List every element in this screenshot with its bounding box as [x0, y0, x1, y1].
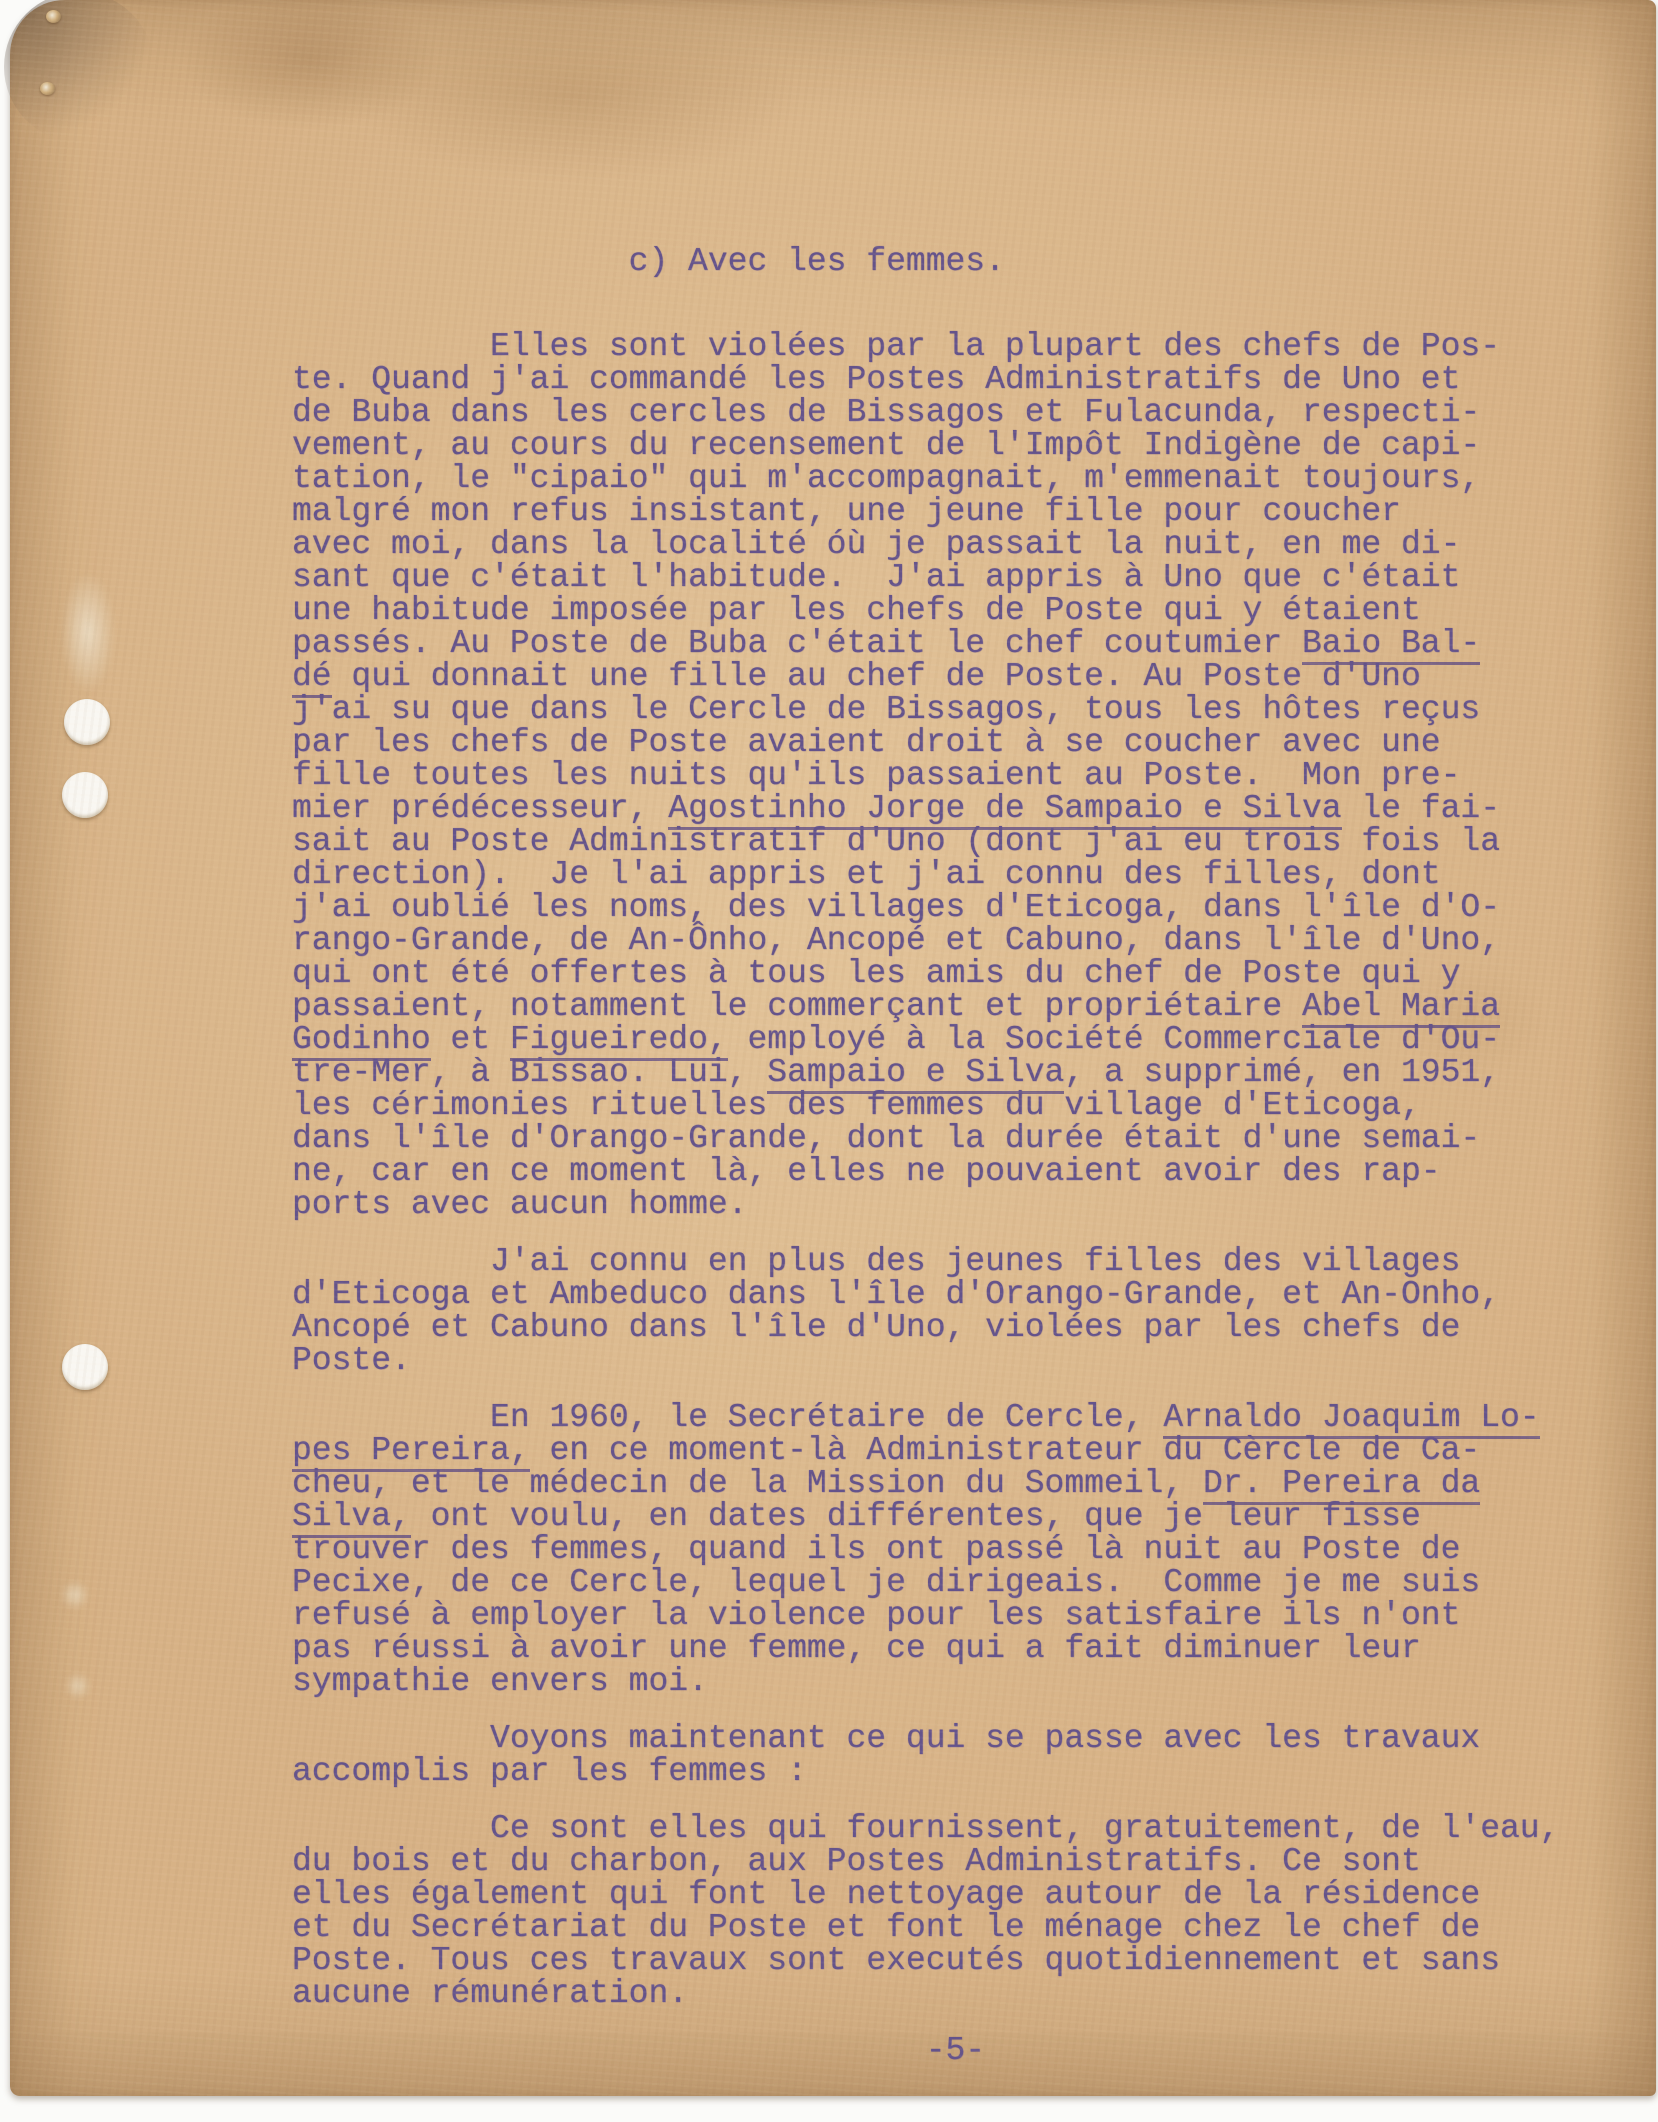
text-line: sait au Poste Administratif d'Uno (dont …: [292, 825, 1656, 858]
text-segment: tre-Mer, à Bissao. Lui,: [292, 1054, 767, 1091]
document-body: Elles sont violées par la plupart des ch…: [292, 330, 1656, 2010]
text-segment: Elles sont violées par la plupart des ch…: [292, 328, 1500, 365]
text-segment: une habitude imposée par les chefs de Po…: [292, 592, 1421, 629]
text-segment: Voyons maintenant ce qui se passe avec l…: [292, 1720, 1480, 1757]
text-line: mier prédécesseur, Agostinho Jorge de Sa…: [292, 792, 1656, 825]
text-line: fille toutes les nuits qu'ils passaient …: [292, 759, 1656, 792]
paper-sheet: c) Avec les femmes. Elles sont violées p…: [10, 0, 1656, 2096]
text-segment: rango-Grande, de An-Ônho, Ancopé et Cabu…: [292, 922, 1500, 959]
text-segment: sympathie envers moi.: [292, 1663, 708, 1700]
text-segment: qui ont été offertes à tous les amis du …: [292, 955, 1460, 992]
text-line: ports avec aucun homme.: [292, 1188, 1656, 1221]
text-line: qui ont été offertes à tous les amis du …: [292, 957, 1656, 990]
text-segment: tation, le "cipaio" qui m'accompagnait, …: [292, 460, 1480, 497]
text-segment: ne, car en ce moment là, elles ne pouvai…: [292, 1153, 1441, 1190]
text-line: accomplis par les femmes :: [292, 1755, 1656, 1788]
text-segment: , a supprimé, en 1951,: [1064, 1054, 1500, 1091]
text-segment: Pecixe, de ce Cercle, lequel je dirigeai…: [292, 1564, 1480, 1601]
text-line: malgré mon refus insistant, une jeune fi…: [292, 495, 1656, 528]
text-line: rango-Grande, de An-Ônho, Ancopé et Cabu…: [292, 924, 1656, 957]
text-line: j'ai oublié les noms, des villages d'Eti…: [292, 891, 1656, 924]
text-segment: ports avec aucun homme.: [292, 1186, 747, 1223]
text-segment: ont voulu, en dates différentes, que je …: [411, 1498, 1421, 1535]
text-segment: dans l'île d'Orango-Grande, dont la duré…: [292, 1120, 1480, 1157]
text-line: d'Eticoga et Ambeduco dans l'île d'Orang…: [292, 1278, 1656, 1311]
text-segment: sait au Poste Administratif d'Uno (dont …: [292, 823, 1500, 860]
text-line: ne, car en ce moment là, elles ne pouvai…: [292, 1155, 1656, 1188]
text-segment: Poste.: [292, 1342, 411, 1379]
text-line: dans l'île d'Orango-Grande, dont la duré…: [292, 1122, 1656, 1155]
text-segment: fille toutes les nuits qu'ils passaient …: [292, 757, 1460, 794]
text-segment: refusé à employer la violence pour les s…: [292, 1597, 1460, 1634]
text-segment: J'ai connu en plus des jeunes filles des…: [292, 1243, 1460, 1280]
text-line: cheu, et le médecin de la Mission du Som…: [292, 1467, 1656, 1500]
text-segment: sant que c'était l'habitude. J'ai appris…: [292, 559, 1460, 596]
typewritten-content: c) Avec les femmes. Elles sont violées p…: [10, 0, 1656, 2096]
text-segment: malgré mon refus insistant, une jeune fi…: [292, 493, 1401, 530]
text-segment: j'ai oublié les noms, des villages d'Eti…: [292, 889, 1500, 926]
paragraph: En 1960, le Secrétaire de Cercle, Arnald…: [292, 1401, 1656, 1698]
text-segment: les cérimonies rituelles des femmes du v…: [292, 1087, 1421, 1124]
text-segment: aucune rémunération.: [292, 1975, 688, 2012]
page-number: -5-: [926, 2034, 1656, 2067]
text-segment: j'ai su que dans le Cercle de Bissagos, …: [292, 691, 1480, 728]
text-segment: par les chefs de Poste avaient droit à s…: [292, 724, 1441, 761]
text-line: elles également qui font le nettoyage au…: [292, 1878, 1656, 1911]
text-line: trouver des femmes, quand ils ont passé …: [292, 1533, 1656, 1566]
text-line: du bois et du charbon, aux Postes Admini…: [292, 1845, 1656, 1878]
text-line: sant que c'était l'habitude. J'ai appris…: [292, 561, 1656, 594]
paragraph: Elles sont violées par la plupart des ch…: [292, 330, 1656, 1221]
text-line: de Buba dans les cercles de Bissagos et …: [292, 396, 1656, 429]
text-line: Poste.: [292, 1344, 1656, 1377]
text-segment: le fai-: [1342, 790, 1500, 827]
paragraph: J'ai connu en plus des jeunes filles des…: [292, 1245, 1656, 1377]
text-line: refusé à employer la violence pour les s…: [292, 1599, 1656, 1632]
text-segment: pas réussi à avoir une femme, ce qui a f…: [292, 1630, 1421, 1667]
text-segment: te. Quand j'ai commandé les Postes Admin…: [292, 361, 1460, 398]
text-segment: du bois et du charbon, aux Postes Admini…: [292, 1843, 1421, 1880]
text-line: En 1960, le Secrétaire de Cercle, Arnald…: [292, 1401, 1656, 1434]
text-line: sympathie envers moi.: [292, 1665, 1656, 1698]
text-segment: Ancopé et Cabuno dans l'île d'Uno, violé…: [292, 1309, 1460, 1346]
text-segment: et du Secrétariat du Poste et font le mé…: [292, 1909, 1480, 1946]
text-line: une habitude imposée par les chefs de Po…: [292, 594, 1656, 627]
text-segment: d'Eticoga et Ambeduco dans l'île d'Orang…: [292, 1276, 1500, 1313]
text-line: vement, au cours du recensement de l'Imp…: [292, 429, 1656, 462]
text-line: Poste. Tous ces travaux sont executés qu…: [292, 1944, 1656, 1977]
text-line: j'ai su que dans le Cercle de Bissagos, …: [292, 693, 1656, 726]
text-segment: accomplis par les femmes :: [292, 1753, 807, 1790]
text-segment: avec moi, dans la localité óù je passait…: [292, 526, 1460, 563]
text-line: Voyons maintenant ce qui se passe avec l…: [292, 1722, 1656, 1755]
text-line: J'ai connu en plus des jeunes filles des…: [292, 1245, 1656, 1278]
text-segment: passés. Au Poste de Buba c'était le chef…: [292, 625, 1302, 662]
text-segment: mier prédécesseur,: [292, 790, 668, 827]
text-segment: Ce sont elles qui fournissent, gratuitem…: [292, 1810, 1559, 1847]
text-line: passés. Au Poste de Buba c'était le chef…: [292, 627, 1656, 660]
text-line: Ce sont elles qui fournissent, gratuitem…: [292, 1812, 1656, 1845]
text-segment: en ce moment-là Administrateur du Cèrcle…: [530, 1432, 1481, 1469]
text-line: direction). Je l'ai appris et j'ai connu…: [292, 858, 1656, 891]
text-line: pes Pereira, en ce moment-là Administrat…: [292, 1434, 1656, 1467]
section-heading: c) Avec les femmes.: [629, 245, 1656, 278]
text-segment: employé à la Société Commerciale d'Ou-: [728, 1021, 1500, 1058]
text-line: et du Secrétariat du Poste et font le mé…: [292, 1911, 1656, 1944]
text-line: Elles sont violées par la plupart des ch…: [292, 330, 1656, 363]
text-segment: de Buba dans les cercles de Bissagos et …: [292, 394, 1480, 431]
text-line: les cérimonies rituelles des femmes du v…: [292, 1089, 1656, 1122]
paragraph: Voyons maintenant ce qui se passe avec l…: [292, 1722, 1656, 1788]
text-line: te. Quand j'ai commandé les Postes Admin…: [292, 363, 1656, 396]
text-segment: Poste. Tous ces travaux sont executés qu…: [292, 1942, 1500, 1979]
text-segment: et: [431, 1021, 510, 1058]
paragraph: Ce sont elles qui fournissent, gratuitem…: [292, 1812, 1656, 2010]
text-segment: En 1960, le Secrétaire de Cercle,: [292, 1399, 1163, 1436]
text-line: pas réussi à avoir une femme, ce qui a f…: [292, 1632, 1656, 1665]
text-segment: trouver des femmes, quand ils ont passé …: [292, 1531, 1460, 1568]
text-line: tation, le "cipaio" qui m'accompagnait, …: [292, 462, 1656, 495]
text-line: Pecixe, de ce Cercle, lequel je dirigeai…: [292, 1566, 1656, 1599]
text-line: par les chefs de Poste avaient droit à s…: [292, 726, 1656, 759]
text-segment: passaient, notamment le commerçant et pr…: [292, 988, 1302, 1025]
text-segment: cheu, et le médecin de la Mission du Som…: [292, 1465, 1203, 1502]
text-segment: vement, au cours du recensement de l'Imp…: [292, 427, 1480, 464]
text-segment: direction). Je l'ai appris et j'ai connu…: [292, 856, 1441, 893]
text-segment: elles également qui font le nettoyage au…: [292, 1876, 1480, 1913]
text-line: avec moi, dans la localité óù je passait…: [292, 528, 1656, 561]
text-line: aucune rémunération.: [292, 1977, 1656, 2010]
text-line: Godinho et Figueiredo, employé à la Soci…: [292, 1023, 1656, 1056]
text-line: tre-Mer, à Bissao. Lui, Sampaio e Silva,…: [292, 1056, 1656, 1089]
text-line: passaient, notamment le commerçant et pr…: [292, 990, 1656, 1023]
text-line: Ancopé et Cabuno dans l'île d'Uno, violé…: [292, 1311, 1656, 1344]
text-segment: qui donnait une fille au chef de Poste. …: [332, 658, 1421, 695]
